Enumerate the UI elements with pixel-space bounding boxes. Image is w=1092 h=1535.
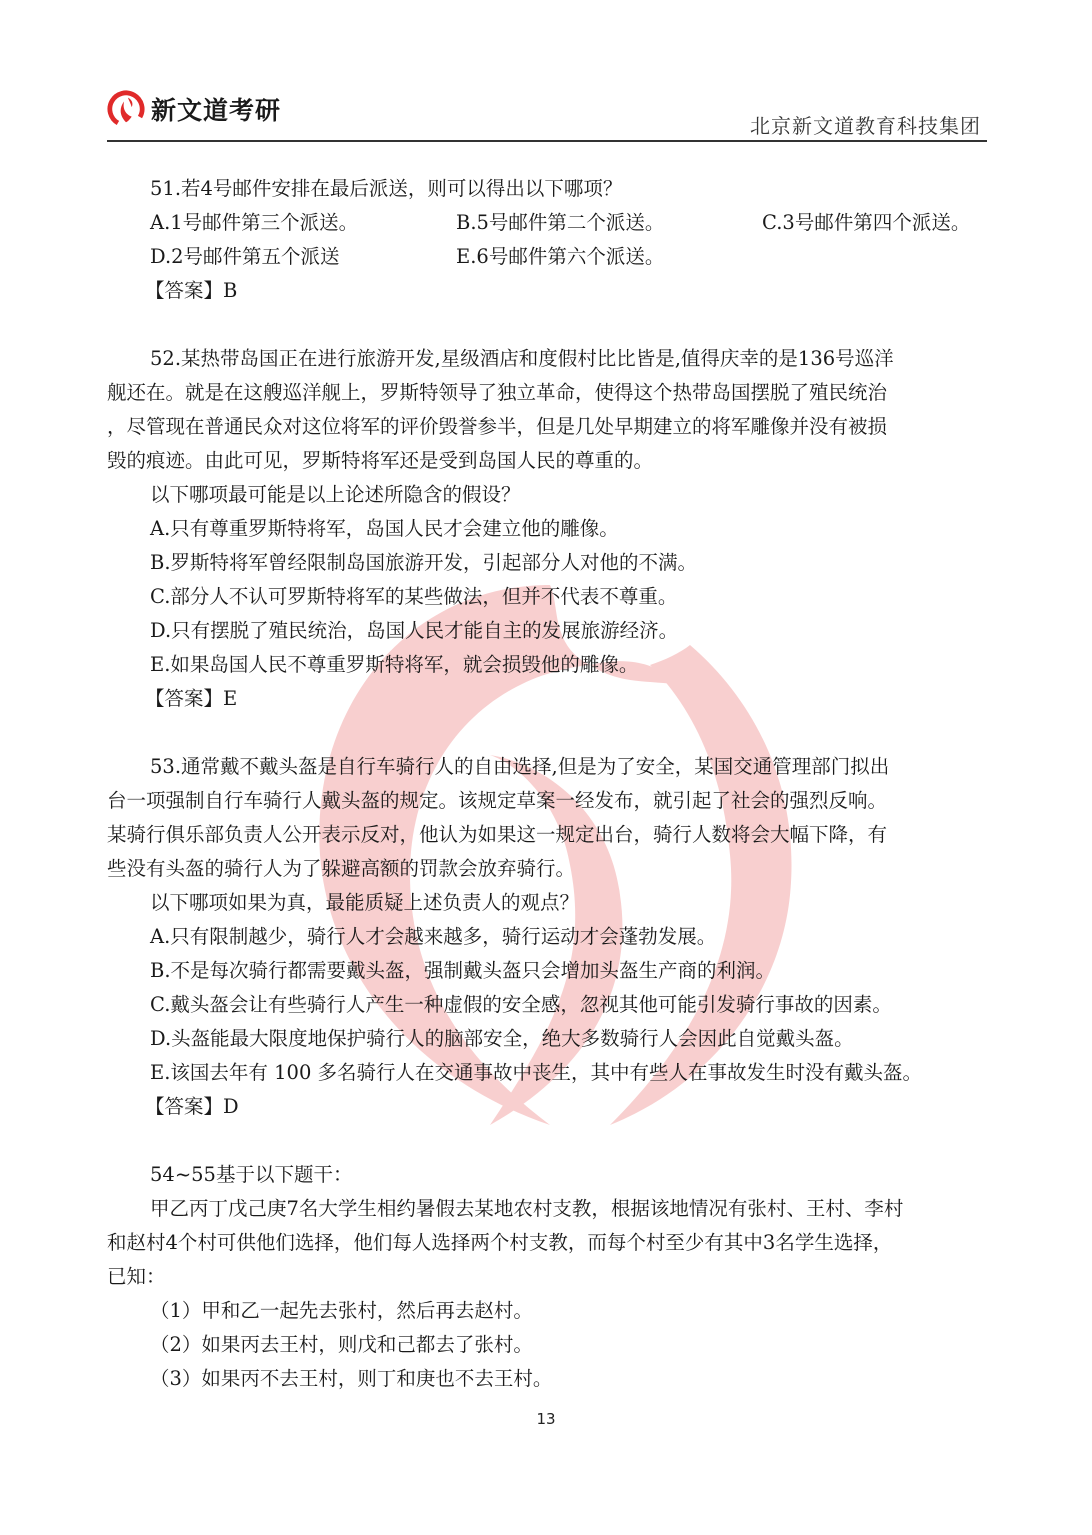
option-e: E.6号邮件第六个派送。 xyxy=(456,240,762,274)
question-51: 51.若4号邮件安排在最后派送，则可以得出以下哪项？ A.1号邮件第三个派送。 … xyxy=(107,172,987,308)
option-b: B.不是每次骑行都需要戴头盔，强制戴头盔只会增加头盔生产商的利润。 xyxy=(107,954,987,988)
option-d: D.2号邮件第五个派送 xyxy=(150,240,456,274)
option-b: B.5号邮件第二个派送。 xyxy=(456,206,762,240)
options-row: A.1号邮件第三个派送。 B.5号邮件第二个派送。 C.3号邮件第四个派送。 xyxy=(107,206,987,240)
option-a: A.1号邮件第三个派送。 xyxy=(150,206,456,240)
condition-3: （3）如果丙不去王村，则丁和庚也不去王村。 xyxy=(107,1362,987,1396)
page-number: 13 xyxy=(0,1410,1092,1428)
passage-line: 舰还在。就是在这艘巡洋舰上，罗斯特领导了独立革命，使得这个热带岛国摆脱了殖民统治 xyxy=(107,376,987,410)
passage-line: 台一项强制自行车骑行人戴头盔的规定。该规定草案一经发布，就引起了社会的强烈反响。 xyxy=(107,784,987,818)
passage-line: 甲乙丙丁戊己庚7名大学生相约暑假去某地农村支教，根据该地情况有张村、王村、李村 xyxy=(107,1192,987,1226)
question-54-55: 54~55基于以下题干： 甲乙丙丁戊己庚7名大学生相约暑假去某地农村支教，根据该… xyxy=(107,1158,987,1396)
option-e: E.如果岛国人民不尊重罗斯特将军，就会损毁他的雕像。 xyxy=(107,648,987,682)
option-e: E.该国去年有 100 多名骑行人在交通事故中丧生，其中有些人在事故发生时没有戴… xyxy=(107,1056,987,1090)
option-c: C.戴头盔会让有些骑行人产生一种虚假的安全感，忽视其他可能引发骑行事故的因素。 xyxy=(107,988,987,1022)
passage-line: 毁的痕迹。由此可见，罗斯特将军还是受到岛国人民的尊重的。 xyxy=(107,444,987,478)
question-prompt: 以下哪项如果为真，最能质疑上述负责人的观点？ xyxy=(107,886,987,920)
passage-line: 某骑行俱乐部负责人公开表示反对，他认为如果这一规定出台，骑行人数将会大幅下降，有 xyxy=(107,818,987,852)
question-group-heading: 54~55基于以下题干： xyxy=(107,1158,987,1192)
brand-logo: 新文道考研 xyxy=(107,90,281,128)
organization-name: 北京新文道教育科技集团 xyxy=(750,110,981,139)
phoenix-logo-icon xyxy=(107,90,145,128)
option-d: D.只有摆脱了殖民统治，岛国人民才能自主的发展旅游经济。 xyxy=(107,614,987,648)
option-b: B.罗斯特将军曾经限制岛国旅游开发，引起部分人对他的不满。 xyxy=(107,546,987,580)
options-row: D.2号邮件第五个派送 E.6号邮件第六个派送。 xyxy=(107,240,987,274)
page-header: 新文道考研 北京新文道教育科技集团 xyxy=(107,88,987,142)
passage-line: 和赵村4个村可供他们选择，他们每人选择两个村支教，而每个村至少有其中3名学生选择… xyxy=(107,1226,987,1260)
option-a: A.只有尊重罗斯特将军，岛国人民才会建立他的雕像。 xyxy=(107,512,987,546)
header-divider xyxy=(107,140,987,142)
option-c: C.3号邮件第四个派送。 xyxy=(762,206,970,240)
passage-line: 已知： xyxy=(107,1260,987,1294)
question-stem: 51.若4号邮件安排在最后派送，则可以得出以下哪项？ xyxy=(107,172,987,206)
condition-1: （1）甲和乙一起先去张村，然后再去赵村。 xyxy=(107,1294,987,1328)
passage-line: 52.某热带岛国正在进行旅游开发,星级酒店和度假村比比皆是,值得庆幸的是136号… xyxy=(107,342,987,376)
question-52: 52.某热带岛国正在进行旅游开发,星级酒店和度假村比比皆是,值得庆幸的是136号… xyxy=(107,342,987,716)
brand-name: 新文道考研 xyxy=(151,91,281,127)
passage-line: 些没有头盔的骑行人为了躲避高额的罚款会放弃骑行。 xyxy=(107,852,987,886)
question-53: 53.通常戴不戴头盔是自行车骑行人的自由选择,但是为了安全，某国交通管理部门拟出… xyxy=(107,750,987,1124)
document-body: 51.若4号邮件安排在最后派送，则可以得出以下哪项？ A.1号邮件第三个派送。 … xyxy=(107,172,987,1396)
passage-line: ，尽管现在普通民众对这位将军的评价毁誉参半，但是几处早期建立的将军雕像并没有被损 xyxy=(107,410,987,444)
option-d: D.头盔能最大限度地保护骑行人的脑部安全，绝大多数骑行人会因此自觉戴头盔。 xyxy=(107,1022,987,1056)
option-a: A.只有限制越少，骑行人才会越来越多，骑行运动才会蓬勃发展。 xyxy=(107,920,987,954)
condition-2: （2）如果丙去王村，则戊和己都去了张村。 xyxy=(107,1328,987,1362)
passage-line: 53.通常戴不戴头盔是自行车骑行人的自由选择,但是为了安全，某国交通管理部门拟出 xyxy=(107,750,987,784)
answer: 【答案】D xyxy=(107,1090,987,1124)
answer: 【答案】E xyxy=(107,682,987,716)
question-prompt: 以下哪项最可能是以上论述所隐含的假设？ xyxy=(107,478,987,512)
option-c: C.部分人不认可罗斯特将军的某些做法，但并不代表不尊重。 xyxy=(107,580,987,614)
answer: 【答案】B xyxy=(107,274,987,308)
